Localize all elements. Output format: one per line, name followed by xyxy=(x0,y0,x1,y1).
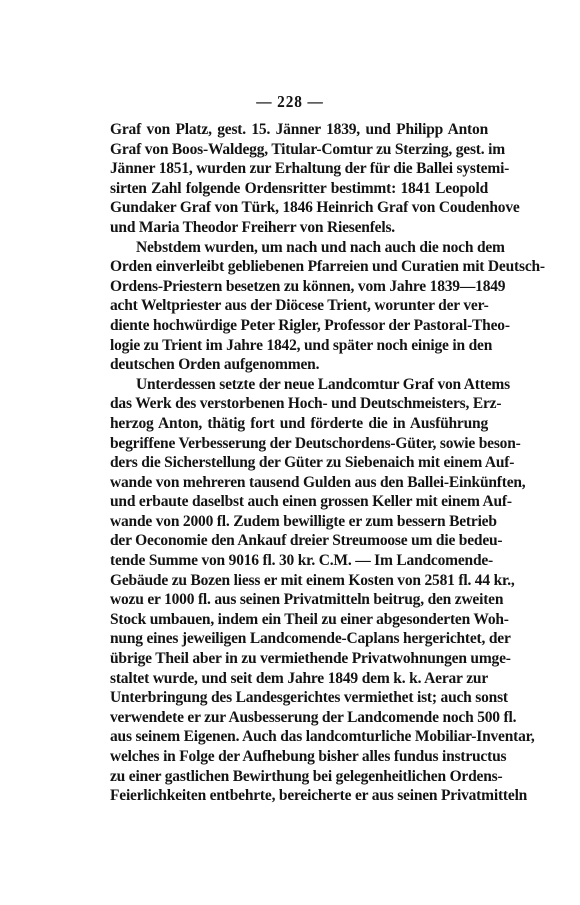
text-line: wozu er 1000 fl. aus seinen Privatmittel… xyxy=(110,590,488,610)
text-line: Gebäude zu Bozen liess er mit einem Kost… xyxy=(110,571,488,591)
text-line: Stock umbauen, indem ein Theil zu einer … xyxy=(110,610,488,630)
text-line: wande von mehreren tausend Gulden aus de… xyxy=(110,473,488,493)
text-line: deutschen Orden aufgenommen. xyxy=(110,355,488,375)
text-line: sirten Zahl folgende Ordensritter bestim… xyxy=(110,179,488,199)
text-line: Graf von Platz, gest. 15. Jänner 1839, u… xyxy=(110,120,488,140)
text-line: Unterdessen setzte der neue Landcomtur G… xyxy=(110,375,488,395)
text-line: diente hochwürdige Peter Rigler, Profess… xyxy=(110,316,488,336)
text-line: Ordens-Priestern besetzen zu können, vom… xyxy=(110,277,488,297)
text-line: logie zu Trient im Jahre 1842, und späte… xyxy=(110,336,488,356)
text-line: aus seinem Eigenen. Auch das landcomturl… xyxy=(110,727,488,747)
book-page: — 228 — Graf von Platz, gest. 15. Jänner… xyxy=(0,0,580,905)
text-line: Gundaker Graf von Türk, 1846 Heinrich Gr… xyxy=(110,198,488,218)
page-number: — 228 — xyxy=(29,92,551,112)
text-line: das Werk des verstorbenen Hoch- und Deut… xyxy=(110,394,488,414)
text-line: staltet wurde, und seit dem Jahre 1849 d… xyxy=(110,669,488,689)
text-line: und Maria Theodor Freiherr von Riesenfel… xyxy=(110,218,488,238)
text-line: Nebstdem wurden, um nach und nach auch d… xyxy=(110,238,488,258)
text-line: Graf von Boos-Waldegg, Titular-Comtur zu… xyxy=(110,140,488,160)
text-line: tende Summe von 9016 fl. 30 kr. C.M. — I… xyxy=(110,551,488,571)
text-line: herzog Anton, thätig fort und förderte d… xyxy=(110,414,488,434)
text-line: verwendete er zur Ausbesserung der Landc… xyxy=(110,708,488,728)
text-line: welches in Folge der Aufhebung bisher al… xyxy=(110,747,488,767)
text-line: Jänner 1851, wurden zur Erhaltung der fü… xyxy=(110,159,488,179)
text-line: und erbaute daselbst auch einen grossen … xyxy=(110,492,488,512)
paragraph-3: Unterdessen setzte der neue Landcomtur G… xyxy=(110,375,488,806)
text-line: der Oeconomie den Ankauf dreier Streumoo… xyxy=(110,531,488,551)
text-line: begriffene Verbesserung der Deutschorden… xyxy=(110,434,488,454)
paragraph-2: Nebstdem wurden, um nach und nach auch d… xyxy=(110,238,488,375)
paragraph-1: Graf von Platz, gest. 15. Jänner 1839, u… xyxy=(110,120,488,238)
text-line: acht Weltpriester aus der Diöcese Trient… xyxy=(110,296,488,316)
text-line: zu einer gastlichen Bewirthung bei geleg… xyxy=(110,767,488,787)
text-line: ders die Sicherstellung der Güter zu Sie… xyxy=(110,453,488,473)
text-line: Orden einverleibt gebliebenen Pfarreien … xyxy=(110,257,488,277)
text-line: Unterbringung des Landesgerichtes vermie… xyxy=(110,688,488,708)
text-column: Graf von Platz, gest. 15. Jänner 1839, u… xyxy=(110,120,488,806)
text-line: übrige Theil aber in zu vermiethende Pri… xyxy=(110,649,488,669)
text-line: wande von 2000 fl. Zudem bewilligte er z… xyxy=(110,512,488,532)
text-line: Feierlichkeiten entbehrte, bereicherte e… xyxy=(110,786,488,806)
text-line: nung eines jeweiligen Landcomende-Caplan… xyxy=(110,629,488,649)
